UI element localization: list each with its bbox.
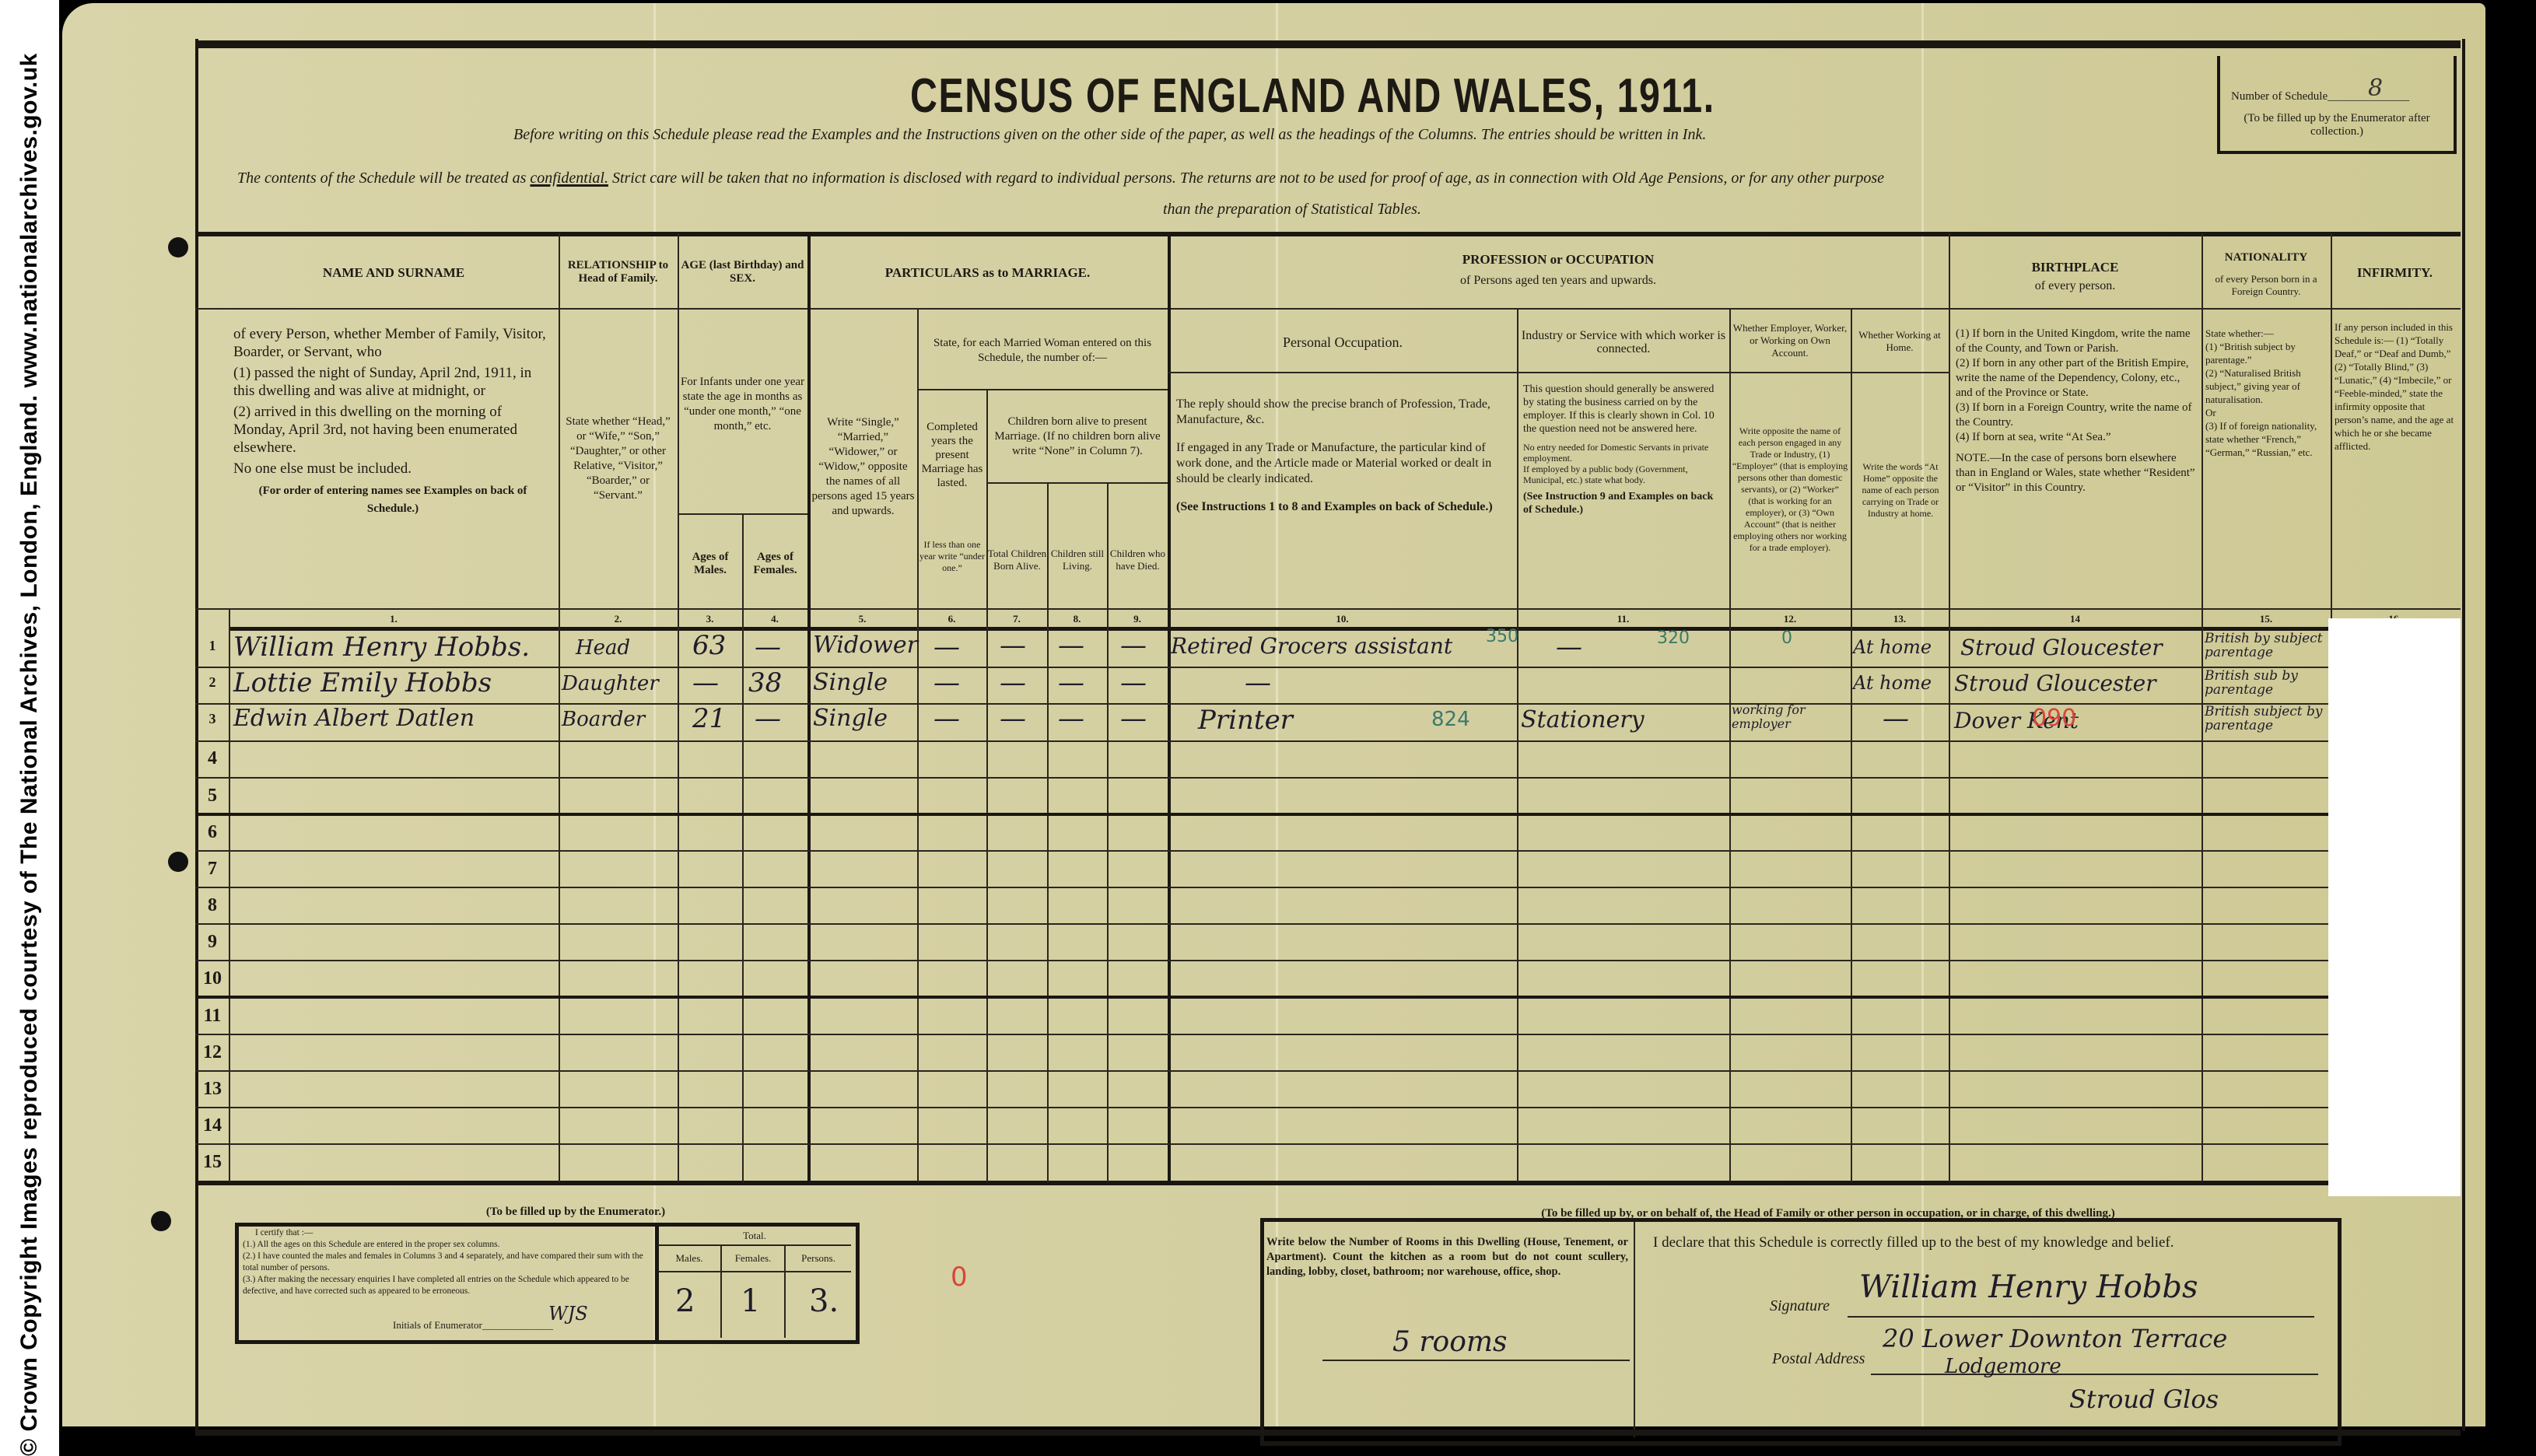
marital-cell[interactable]: Single xyxy=(813,669,888,696)
persons-label: Persons. xyxy=(786,1246,851,1269)
col-number: 15. xyxy=(2201,613,2331,625)
signature-label: Signature xyxy=(1770,1299,1830,1314)
col6-cell[interactable]: — xyxy=(933,632,960,663)
col-header-birthplace: BIRTHPLACE xyxy=(1949,257,2201,277)
col-line xyxy=(1729,308,1731,1182)
at-home-header: Whether Working at Home. xyxy=(1853,314,1946,369)
col-number: 10. xyxy=(1168,613,1517,625)
rooms-underline xyxy=(1322,1360,1630,1361)
col-number: 9. xyxy=(1107,613,1168,625)
occupation-code: 824 xyxy=(1431,708,1470,731)
infirmity-description: If any person included in this Schedule … xyxy=(2335,320,2456,453)
row-line xyxy=(195,923,2459,925)
row-line xyxy=(195,996,2459,999)
employer-code: 0 xyxy=(1781,628,1792,648)
col-number: 11. xyxy=(1517,613,1729,625)
signature-field[interactable]: William Henry Hobbs xyxy=(1859,1269,2198,1305)
col9-cell[interactable]: — xyxy=(1120,667,1147,698)
name-cell[interactable]: Edwin Albert Datlen xyxy=(233,705,475,732)
row-line xyxy=(195,703,2459,705)
initials-label: Initials of Enumerator______________ xyxy=(393,1318,553,1332)
row-number: 7 xyxy=(198,859,227,880)
signature-underline xyxy=(1848,1316,2314,1318)
col-number: 14 xyxy=(1949,613,2201,625)
declaration-text: I declare that this Schedule is correctl… xyxy=(1653,1235,2174,1250)
industry-cell[interactable]: — xyxy=(1556,632,1582,663)
postal-address-label: Postal Address xyxy=(1772,1352,1865,1367)
col-line xyxy=(559,233,560,1182)
marriage-years-label: Completed years the present Marriage has… xyxy=(919,397,986,513)
page-title: CENSUS OF ENGLAND AND WALES, 1911. xyxy=(910,68,1715,124)
row-number: 14 xyxy=(198,1115,227,1136)
postal-address-line2[interactable]: Lodgemore xyxy=(1945,1355,2061,1378)
birthplace-code: 090 xyxy=(2032,705,2076,732)
row-number: 6 xyxy=(198,822,227,843)
nationality-cell[interactable]: British subject by parentage xyxy=(2205,705,2329,733)
col6-cell[interactable]: — xyxy=(933,703,960,734)
age-female-cell[interactable]: 38 xyxy=(748,667,782,698)
marriage-years-note: If less than one year write “under one.” xyxy=(919,513,986,599)
row-line xyxy=(195,960,2459,961)
birthplace-description: (1) If born in the United Kingdom, write… xyxy=(1956,327,2197,495)
row-line xyxy=(195,1034,2459,1035)
col-number: 13. xyxy=(1851,613,1949,625)
row-line xyxy=(195,1143,2459,1145)
copyright-watermark: © Crown Copyright Images reproduced cour… xyxy=(0,0,59,1456)
marital-cell[interactable]: Single xyxy=(813,705,888,732)
row-line xyxy=(195,740,2459,742)
row-line xyxy=(195,1070,2459,1072)
ages-of-males-label: Ages of Males. xyxy=(678,521,742,607)
number-of-rooms[interactable]: 5 rooms xyxy=(1392,1326,1508,1358)
col-number: 6. xyxy=(917,613,986,625)
bottom-border xyxy=(195,1430,2461,1436)
employer-description: Write opposite the name of each person e… xyxy=(1732,376,1848,602)
at-home-description: Write the words “At Home” opposite the n… xyxy=(1855,420,1946,560)
industry-description: This question should generally be answer… xyxy=(1523,383,1724,516)
rooms-divider xyxy=(1634,1221,1635,1437)
col-number: 4. xyxy=(742,613,807,625)
females-label: Females. xyxy=(722,1246,784,1269)
col9-cell[interactable]: — xyxy=(1120,630,1147,661)
row-line xyxy=(195,777,2459,779)
row-number: 4 xyxy=(198,748,227,769)
children-living-label: Children still Living. xyxy=(1048,521,1107,599)
birthplace-cell[interactable]: Stroud Gloucester xyxy=(1954,670,2156,696)
total-label: Total. xyxy=(658,1226,851,1244)
relationship-col-description: State whether “Head,” or “Wife,” “Son,” … xyxy=(562,389,674,529)
occupation-code: 350 xyxy=(1486,627,1518,646)
age-male-cell[interactable]: — xyxy=(692,667,719,698)
col-header-profession: PROFESSION or OCCUPATION xyxy=(1168,247,1949,271)
marital-cell[interactable]: Widower xyxy=(813,632,918,659)
relationship-cell[interactable]: Head xyxy=(576,636,630,660)
col-header-relationship: RELATIONSHIP to Head of Family. xyxy=(559,241,678,303)
col-header-age: AGE (last Birthday) and SEX. xyxy=(678,241,807,303)
col-header-marriage: PARTICULARS as to MARRIAGE. xyxy=(807,241,1168,303)
postal-address-line3[interactable]: Stroud Glos xyxy=(2069,1384,2219,1414)
occupation-cell[interactable]: Retired Grocers assistant xyxy=(1171,633,1452,659)
colnum-bottom xyxy=(229,627,2459,631)
nationality-cell[interactable]: British sub by parentage xyxy=(2205,669,2329,697)
marital-col-description: Write “Single,” “Married,” “Widower,” or… xyxy=(811,366,916,568)
subhead-line xyxy=(986,482,1168,484)
col-line xyxy=(678,233,679,1182)
schedule-number-note: (To be filled up by the Enumerator after… xyxy=(2228,112,2446,138)
row-number: 12 xyxy=(198,1042,227,1063)
col-subheader-profession: of Persons aged ten years and upwards. xyxy=(1168,271,1949,289)
header-divider xyxy=(195,308,2461,310)
nationality-description: State whether:— (1) “British subject by … xyxy=(2205,327,2327,459)
name-cell[interactable]: Lottie Emily Hobbs xyxy=(233,667,492,698)
row-line xyxy=(195,667,2459,668)
children-died-label: Children who have Died. xyxy=(1108,521,1168,599)
col-subheader-nationality: of every Person born in a Foreign Countr… xyxy=(2205,266,2327,305)
confidential-notice: The contents of the Schedule will be tre… xyxy=(237,170,1884,187)
subhead-line xyxy=(678,513,807,515)
total-persons[interactable]: 3. xyxy=(809,1283,839,1319)
col7-cell[interactable]: — xyxy=(1000,667,1026,698)
col-number: 3. xyxy=(678,613,742,625)
at-home-cell[interactable]: At home xyxy=(1853,636,1932,658)
enumerator-heading: (To be filled up by the Enumerator.) xyxy=(420,1202,731,1222)
ink-instruction: Before writing on this Schedule please r… xyxy=(513,126,1706,144)
occupation-cell[interactable]: — xyxy=(1245,667,1271,698)
row-line xyxy=(195,850,2459,852)
col6-cell[interactable]: — xyxy=(933,667,960,698)
row-line xyxy=(195,813,2459,816)
red-check-mark: 0 xyxy=(951,1262,968,1293)
col9-cell[interactable]: — xyxy=(1120,703,1147,734)
row-number: 3 xyxy=(198,711,227,727)
industry-header: Industry or Service with which worker is… xyxy=(1520,319,1727,366)
row-number: 8 xyxy=(198,895,227,916)
col-line xyxy=(1851,308,1852,1182)
relationship-cell[interactable]: Boarder xyxy=(562,708,645,731)
personal-occupation-header: Personal Occupation. xyxy=(1171,319,1515,366)
col-number: 8. xyxy=(1047,613,1107,625)
children-born-alive-label: Total Children Born Alive. xyxy=(987,521,1047,599)
subhead-line xyxy=(1168,372,1949,373)
row-number: 10 xyxy=(198,968,227,989)
punch-hole xyxy=(168,852,188,872)
age-male-cell[interactable]: 21 xyxy=(692,703,726,734)
row-line xyxy=(195,887,2459,888)
col-subheader-birthplace: of every person. xyxy=(1949,277,2201,294)
relationship-cell[interactable]: Daughter xyxy=(562,672,659,695)
col-line xyxy=(1517,308,1518,1182)
col-number: 1. xyxy=(229,613,559,625)
age-col-description: For Infants under one year state the age… xyxy=(680,342,805,467)
col-line xyxy=(229,608,230,1182)
col-number: 2. xyxy=(559,613,678,625)
col-number: 5. xyxy=(807,613,917,625)
enumerator-certification: I certify that :— (1.) All the ages on t… xyxy=(243,1227,647,1297)
age-female-cell[interactable]: — xyxy=(755,703,781,734)
married-woman-description: State, for each Married Woman entered on… xyxy=(919,314,1165,387)
employer-header: Whether Employer, Worker, or Working on … xyxy=(1732,311,1848,370)
name-cell[interactable]: William Henry Hobbs. xyxy=(233,632,530,663)
enumerator-initials[interactable]: WJS xyxy=(548,1303,588,1325)
table-top-border xyxy=(195,232,2461,236)
col-line xyxy=(986,389,988,1182)
col8-cell[interactable]: — xyxy=(1058,667,1084,698)
row-number: 15 xyxy=(198,1152,227,1173)
males-label: Males. xyxy=(658,1246,720,1269)
at-home-cell[interactable]: At home xyxy=(1853,672,1932,694)
postal-address-line1[interactable]: 20 Lower Downton Terrace xyxy=(1883,1324,2227,1353)
col-line xyxy=(1168,233,1171,1182)
industry-cell[interactable]: Stationery xyxy=(1521,706,1645,733)
total-females[interactable]: 1 xyxy=(741,1283,760,1319)
redaction-patch xyxy=(2328,618,2461,1196)
col-number: 7. xyxy=(986,613,1047,625)
subhead-line xyxy=(917,389,1168,390)
age-male-cell[interactable]: 63 xyxy=(692,630,726,661)
col-header-nationality: NATIONALITY xyxy=(2201,249,2331,266)
col-line xyxy=(2201,233,2203,1182)
at-home-cell[interactable]: — xyxy=(1883,703,1909,734)
col7-cell[interactable]: — xyxy=(1000,703,1026,734)
row-number: 11 xyxy=(198,1006,227,1027)
name-col-description: of every Person, whether Member of Famil… xyxy=(233,325,552,518)
age-female-cell[interactable]: — xyxy=(755,632,781,663)
table-bottom-border xyxy=(195,1181,2461,1185)
schedule-number-box: Number of Schedule______________ 8 (To b… xyxy=(2217,56,2457,154)
personal-occupation-description: The reply should show the precise branch… xyxy=(1176,397,1511,515)
col-header-name: NAME AND SURNAME xyxy=(229,241,559,303)
col8-cell[interactable]: — xyxy=(1058,703,1084,734)
punch-hole xyxy=(168,237,188,257)
col7-cell[interactable]: — xyxy=(1000,630,1026,661)
children-description: Children born alive to present Marriage.… xyxy=(989,394,1166,479)
nationality-cell[interactable]: British by subject parentage xyxy=(2205,632,2329,660)
row-number: 9 xyxy=(198,932,227,953)
row-number: 13 xyxy=(198,1079,227,1100)
occupation-cell[interactable]: Printer xyxy=(1198,705,1293,736)
row-number: 2 xyxy=(198,674,227,691)
row-number: 1 xyxy=(198,638,227,654)
col8-cell[interactable]: — xyxy=(1058,630,1084,661)
punch-hole xyxy=(151,1211,171,1231)
ages-of-females-label: Ages of Females. xyxy=(743,521,807,607)
total-males[interactable]: 2 xyxy=(675,1283,695,1319)
row-line xyxy=(195,1107,2459,1108)
confidential-notice-line2: than the preparation of Statistical Tabl… xyxy=(1163,201,1421,219)
address-underline xyxy=(1871,1374,2318,1375)
col-header-infirmity: INFIRMITY. xyxy=(2331,241,2459,303)
col-number: 12. xyxy=(1729,613,1851,625)
totals-divider xyxy=(658,1271,851,1272)
col-line xyxy=(1949,233,1950,1182)
industry-code: 320 xyxy=(1657,628,1690,648)
rooms-instruction: Write below the Number of Rooms in this … xyxy=(1266,1235,1628,1279)
employer-cell[interactable]: working for employer xyxy=(1732,703,1848,731)
header-bottom xyxy=(195,608,2461,610)
birthplace-cell[interactable]: Stroud Gloucester xyxy=(1960,635,2163,660)
row-number: 5 xyxy=(198,786,227,807)
schedule-number-value[interactable]: 8 xyxy=(2368,75,2383,102)
